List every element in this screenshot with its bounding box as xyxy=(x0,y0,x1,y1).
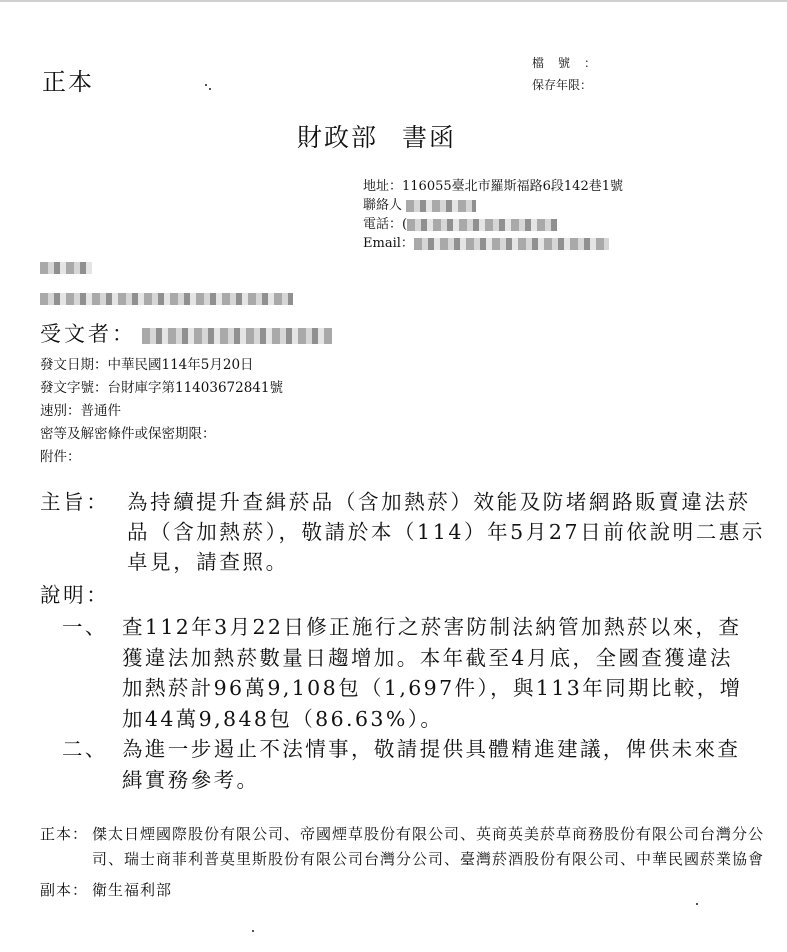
redacted-postal-code xyxy=(40,262,92,274)
document-title: 財政部書函 xyxy=(297,118,456,154)
retention-label: 保存年限： xyxy=(532,74,592,96)
original-recipients-label: 正本： xyxy=(40,822,92,872)
item-text: 查112年3月22日修正施行之菸害防制法納管加熱菸以來，查獲違法加熱菸數量日趨增… xyxy=(122,612,752,734)
subject-section: 主旨： 為持續提升查緝菸品（含加熱菸）效能及防堵網路販賣違法菸品（含加熱菸），敬… xyxy=(40,487,767,577)
delivery-speed: 速別：普通件 xyxy=(40,400,283,423)
scan-top-edge xyxy=(0,0,787,2)
redacted-email xyxy=(414,238,609,250)
redacted-recipient-address xyxy=(40,293,293,305)
meta-block: 發文日期：中華民國114年5月20日 發文字號：台財庫字第11403672841… xyxy=(40,354,283,469)
recipient-line: 受文者： xyxy=(40,318,332,348)
document-type: 書函 xyxy=(402,123,456,152)
copy-recipients-text: 衛生福利部 xyxy=(92,878,782,903)
scan-speck xyxy=(209,88,211,90)
phone-line: 電話：( xyxy=(363,215,623,234)
explanation-item: 二、 為進一步遏止不法情事，敬請提供具體精進建議，俾供未來查緝實務參考。 xyxy=(62,734,752,795)
archive-info: 檔號： 保存年限： xyxy=(532,52,610,96)
recipient-label: 受文者： xyxy=(40,322,136,346)
explanation-label: 說明： xyxy=(40,578,109,608)
item-number: 一、 xyxy=(62,612,122,734)
copy-type-label: 正本 xyxy=(42,62,94,97)
explanation-item: 一、 查112年3月22日修正施行之菸害防制法納管加熱菸以來，查獲違法加熱菸數量… xyxy=(62,612,752,734)
issue-date: 發文日期：中華民國114年5月20日 xyxy=(40,354,283,377)
scan-speck xyxy=(205,84,207,86)
subject-label: 主旨： xyxy=(40,487,127,577)
attachments: 附件： xyxy=(40,446,283,469)
classification: 密等及解密條件或保密期限： xyxy=(40,423,283,446)
contact-person-line: 聯絡人 xyxy=(363,196,623,215)
document-number: 發文字號：台財庫字第11403672841號 xyxy=(40,377,283,400)
distribution-section: 正本： 傑太日煙國際股份有限公司、帝國煙草股份有限公司、英商英美菸草商務股份有限… xyxy=(40,822,782,903)
item-number: 二、 xyxy=(62,734,122,795)
redacted-contact-name xyxy=(406,200,476,212)
redacted-phone xyxy=(407,219,557,231)
scan-speck xyxy=(696,903,698,905)
subject-text: 為持續提升查緝菸品（含加熱菸）效能及防堵網路販賣違法菸品（含加熱菸），敬請於本（… xyxy=(127,487,767,577)
contact-block: 地址：116055臺北市羅斯福路6段142巷1號 聯絡人 電話：( Email： xyxy=(363,177,623,253)
issuer-name: 財政部 xyxy=(297,123,378,152)
redacted-recipient xyxy=(142,328,332,344)
address-line: 地址：116055臺北市羅斯福路6段142巷1號 xyxy=(363,177,623,196)
scan-speck xyxy=(252,930,254,932)
email-line: Email： xyxy=(363,234,623,253)
file-number-label: 檔號： xyxy=(532,52,610,74)
copy-recipients-label: 副本： xyxy=(40,878,92,903)
item-text: 為進一步遏止不法情事，敬請提供具體精進建議，俾供未來查緝實務參考。 xyxy=(122,734,752,795)
original-recipients-text: 傑太日煙國際股份有限公司、帝國煙草股份有限公司、英商英美菸草商務股份有限公司台灣… xyxy=(92,822,782,872)
explanation-items: 一、 查112年3月22日修正施行之菸害防制法納管加熱菸以來，查獲違法加熱菸數量… xyxy=(62,612,752,795)
